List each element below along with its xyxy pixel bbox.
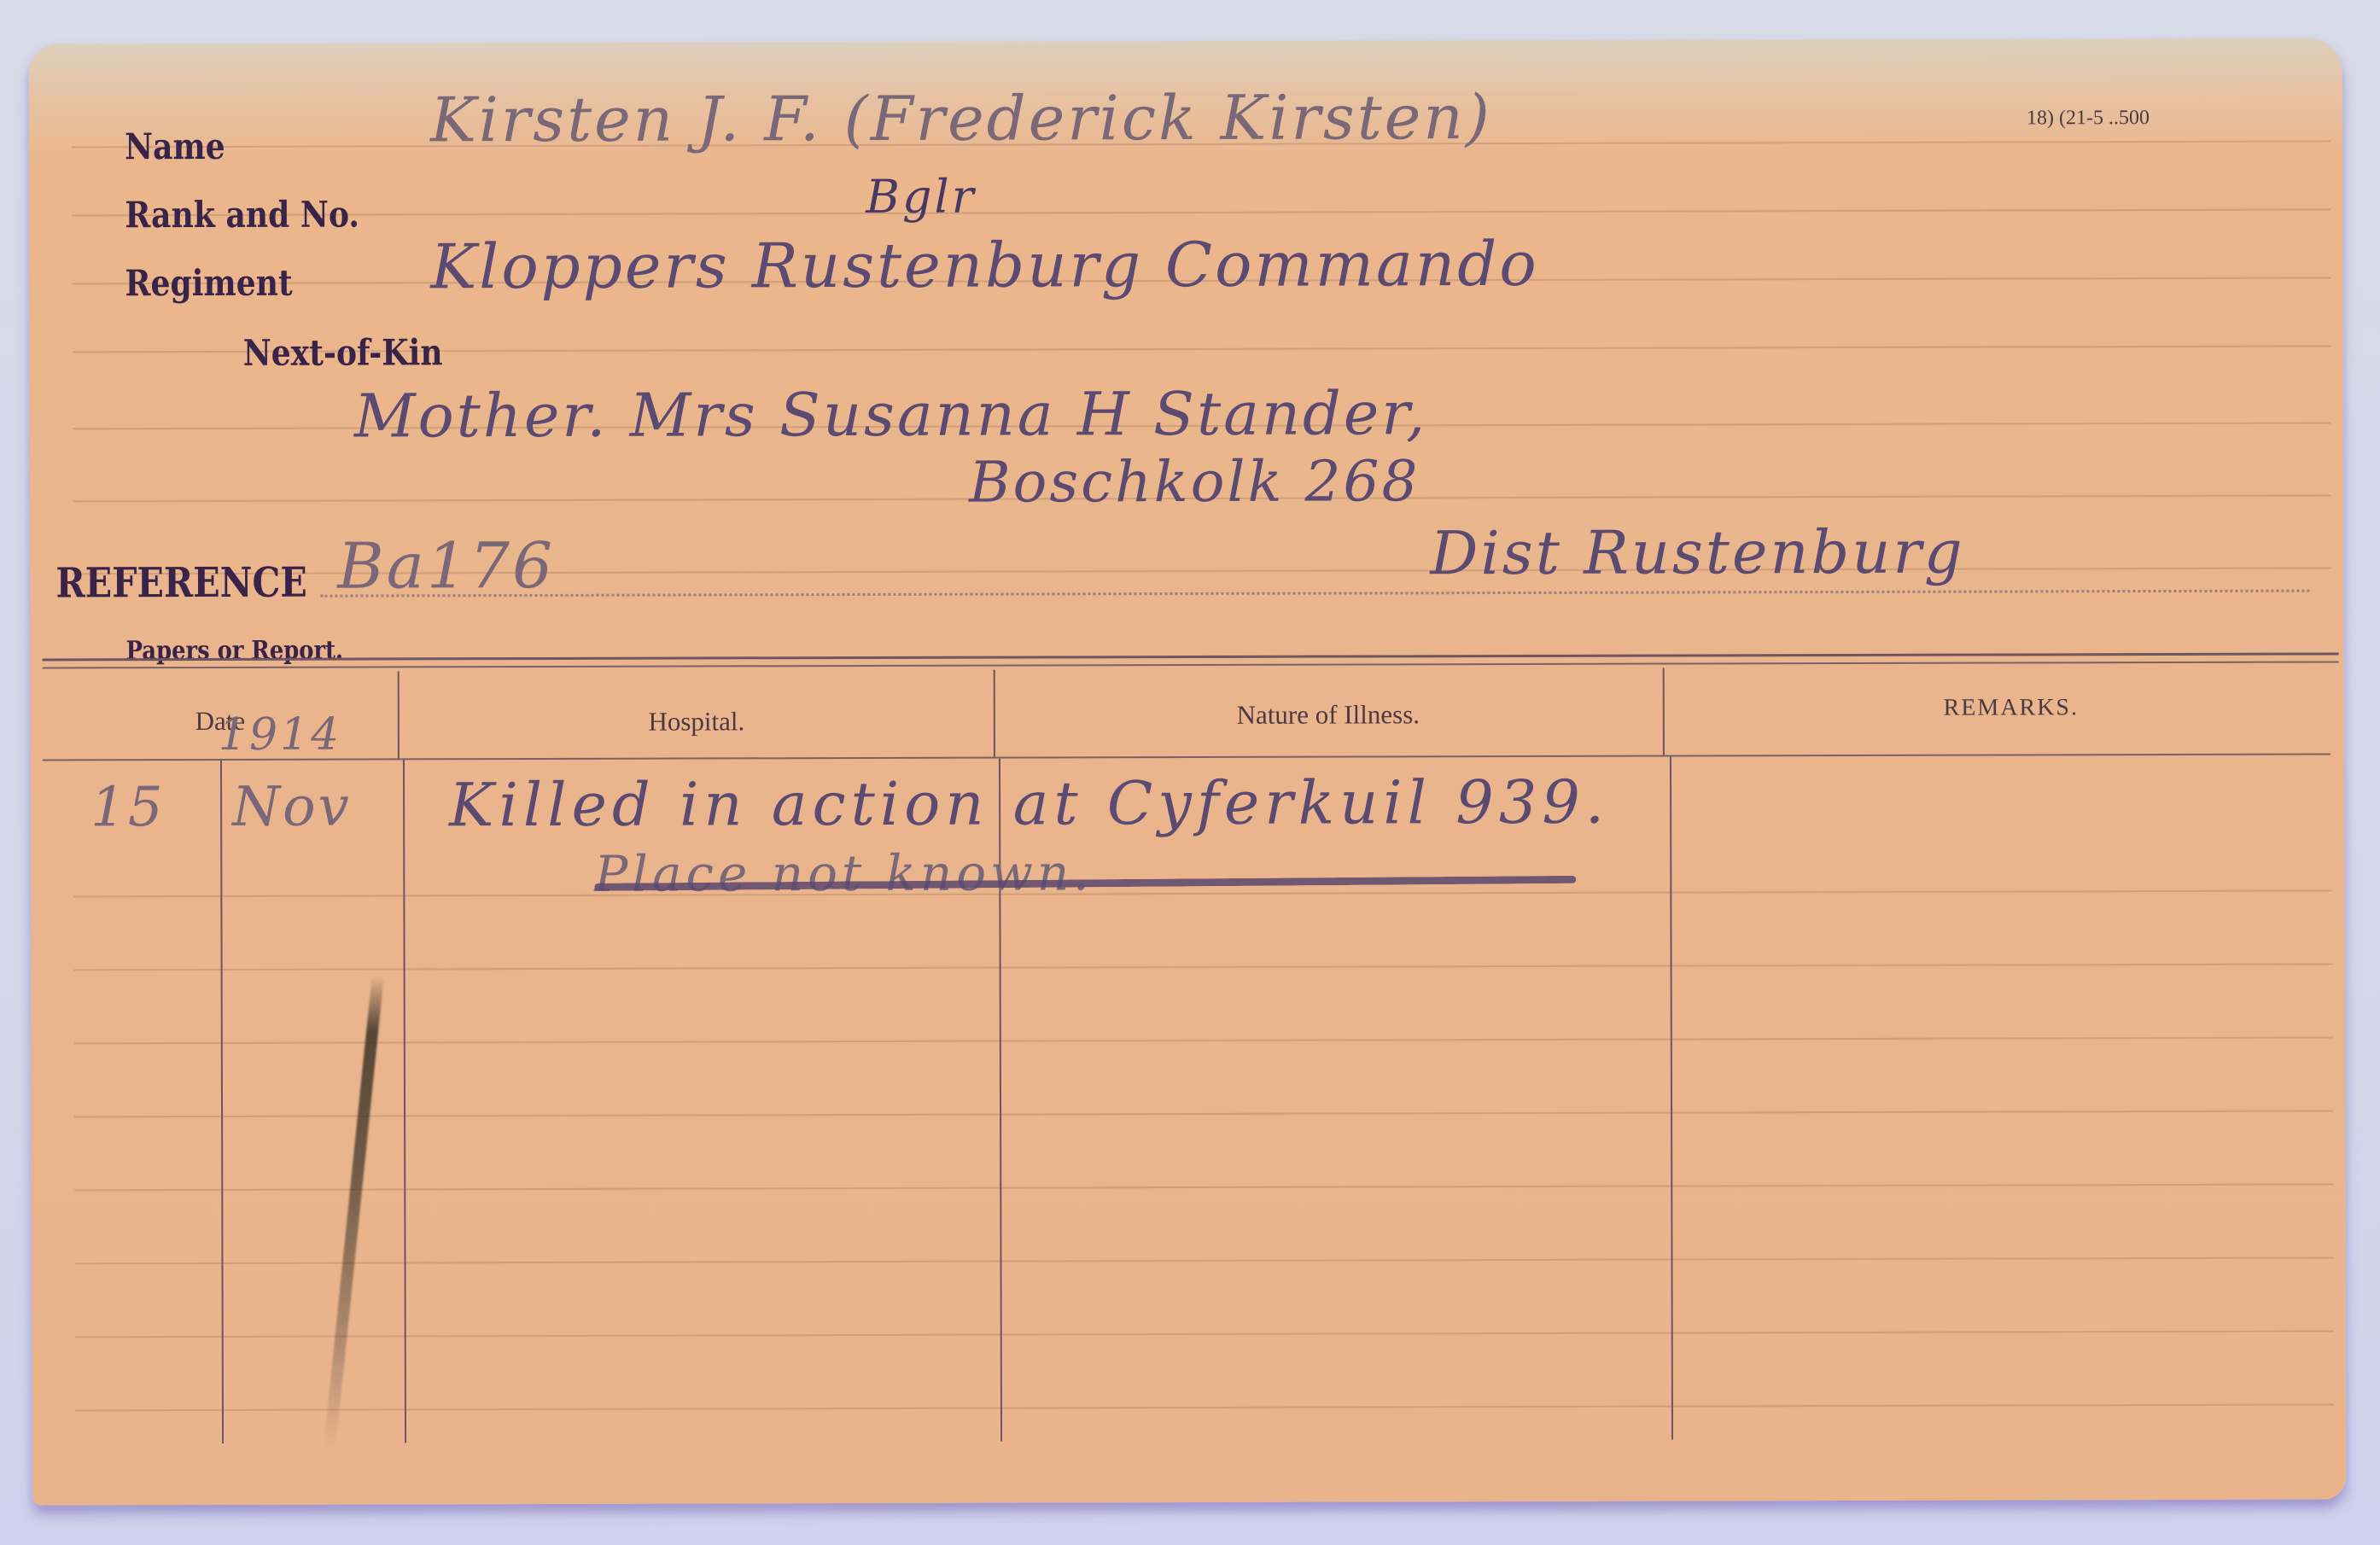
table-header-rule	[43, 753, 2330, 761]
reference-entry: Ba176	[337, 529, 555, 603]
column-divider	[403, 760, 406, 1443]
ruled-line	[74, 963, 2333, 971]
rank-label: Rank and No.	[125, 194, 359, 236]
next-of-kin-line2: Boschkolk 268	[969, 448, 1420, 515]
entry-month: Nov	[232, 776, 352, 839]
pencil-smudge-mark	[324, 975, 384, 1451]
ruled-line	[75, 1256, 2334, 1264]
ruled-line	[75, 1330, 2334, 1338]
ruled-line	[74, 1036, 2333, 1044]
table-top-rule-inner	[43, 661, 2339, 668]
casualty-record-card: 18) (21-5 ..500 Name Rank and No. Regime…	[29, 38, 2346, 1505]
date-day-divider	[220, 761, 224, 1443]
reference-label: REFERENCE	[55, 559, 307, 608]
date-year-entry: 1914	[219, 709, 342, 761]
name-entry: Kirsten J. F. (Frederick Kirsten)	[430, 81, 1492, 155]
ruled-line	[75, 1403, 2334, 1411]
column-divider	[994, 670, 995, 757]
reference-dotted-line	[320, 590, 2309, 598]
column-divider	[1670, 757, 1673, 1440]
hospital-column-header: Hospital.	[648, 706, 744, 737]
next-of-kin-line3: Dist Rustenburg	[1430, 517, 1965, 589]
column-divider	[398, 671, 400, 758]
nature-of-illness-column-header: Nature of Illness.	[1237, 699, 1420, 731]
ruled-line	[74, 1110, 2333, 1117]
ruled-line	[74, 1183, 2333, 1191]
entry-remark: Killed in action at Cyferkuil 939.	[449, 767, 1609, 841]
next-of-kin-line1: Mother. Mrs Susanna H Stander,	[354, 378, 1428, 451]
ruled-line	[72, 208, 2330, 216]
entry-day: 15	[90, 776, 166, 839]
remarks-column-header: REMARKS.	[1944, 694, 2079, 721]
papers-or-report-label: Papers or Report.	[126, 636, 343, 667]
name-label: Name	[125, 125, 225, 167]
table-top-rule	[43, 652, 2339, 661]
form-number: 18) (21-5 ..500	[2027, 107, 2150, 130]
regiment-label: Regiment	[125, 262, 292, 305]
struck-remark: Place not known.	[594, 843, 1093, 903]
ruled-line	[73, 889, 2332, 897]
rank-entry: Bglr	[866, 170, 977, 224]
column-divider	[1663, 668, 1665, 755]
next-of-kin-label: Next-of-Kin	[243, 331, 443, 374]
regiment-entry: Kloppers Rustenburg Commando	[430, 228, 1538, 302]
